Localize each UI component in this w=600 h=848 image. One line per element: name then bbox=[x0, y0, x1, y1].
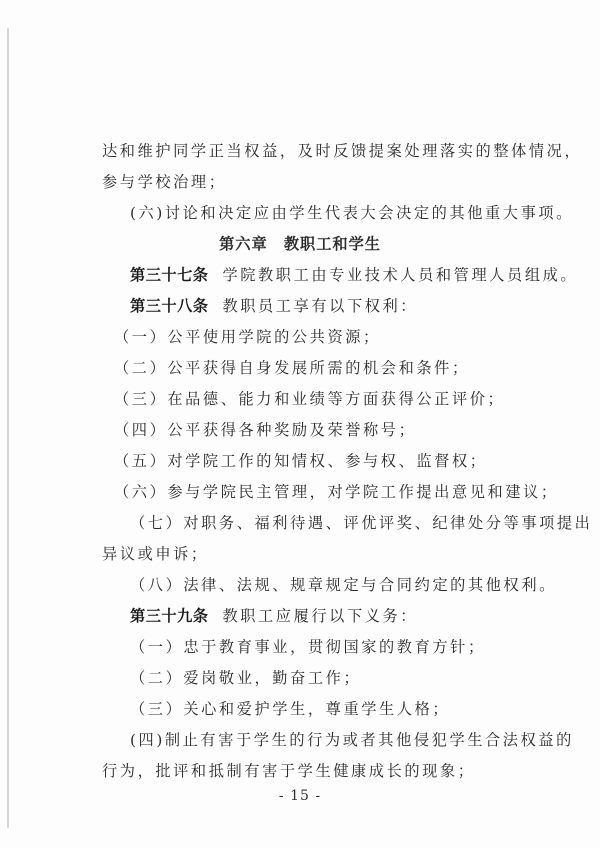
chapter-title: 第六章 教职工和学生 bbox=[0, 234, 600, 254]
paragraph-line: 达和维护同学正当权益，及时反馈提案处理落实的整体情况， bbox=[102, 141, 562, 161]
article-number: 第三十八条 bbox=[130, 297, 208, 315]
list-item-continuation: 行为，批评和抵制有害于学生健康成长的现象； bbox=[102, 761, 562, 781]
document-page: 达和维护同学正当权益，及时反馈提案处理落实的整体情况， 参与学校治理； (六)讨… bbox=[0, 0, 600, 848]
list-item: （八）法律、法规、规章规定与合同约定的其他权利。 bbox=[130, 575, 590, 595]
paragraph-line: 参与学校治理； bbox=[102, 172, 562, 192]
article-number: 第三十九条 bbox=[130, 607, 208, 625]
article-37: 第三十七条学院教职工由专业技术人员和管理人员组成。 bbox=[130, 265, 590, 285]
page-number: - 15 - bbox=[0, 788, 600, 804]
article-text: 教职员工享有以下权利： bbox=[222, 297, 418, 315]
article-text: 教职工应履行以下义务： bbox=[222, 607, 418, 625]
article-38: 第三十八条教职员工享有以下权利： bbox=[130, 296, 590, 316]
article-39: 第三十九条教职工应履行以下义务： bbox=[130, 606, 590, 626]
list-item: （一）忠于教育事业，贯彻国家的教育方针； bbox=[130, 637, 590, 657]
list-item-continuation: 异议或申诉； bbox=[102, 544, 562, 564]
article-number: 第三十七条 bbox=[130, 266, 208, 284]
list-item: （五）对学院工作的知情权、参与权、监督权； bbox=[114, 451, 574, 471]
list-item: （二）爱岗敬业，勤奋工作； bbox=[130, 668, 590, 688]
list-item: （二）公平获得自身发展所需的机会和条件； bbox=[114, 358, 574, 378]
scan-margin-line bbox=[7, 28, 9, 828]
list-item: （一）公平使用学院的公共资源； bbox=[114, 327, 574, 347]
list-item: （六）参与学院民主管理，对学院工作提出意见和建议； bbox=[114, 482, 574, 502]
list-item: （七）对职务、福利待遇、评优评奖、纪律处分等事项提出 bbox=[130, 513, 590, 533]
article-text: 学院教职工由专业技术人员和管理人员组成。 bbox=[222, 266, 578, 284]
list-item: （三）在品德、能力和业绩等方面获得公正评价； bbox=[114, 389, 574, 409]
list-item: （三）关心和爱护学生，尊重学生人格； bbox=[130, 699, 590, 719]
paragraph-line: (六)讨论和决定应由学生代表大会决定的其他重大事项。 bbox=[130, 203, 590, 223]
list-item: (四)制止有害于学生的行为或者其他侵犯学生合法权益的 bbox=[130, 730, 590, 750]
list-item: （四）公平获得各种奖励及荣誉称号； bbox=[114, 420, 574, 440]
